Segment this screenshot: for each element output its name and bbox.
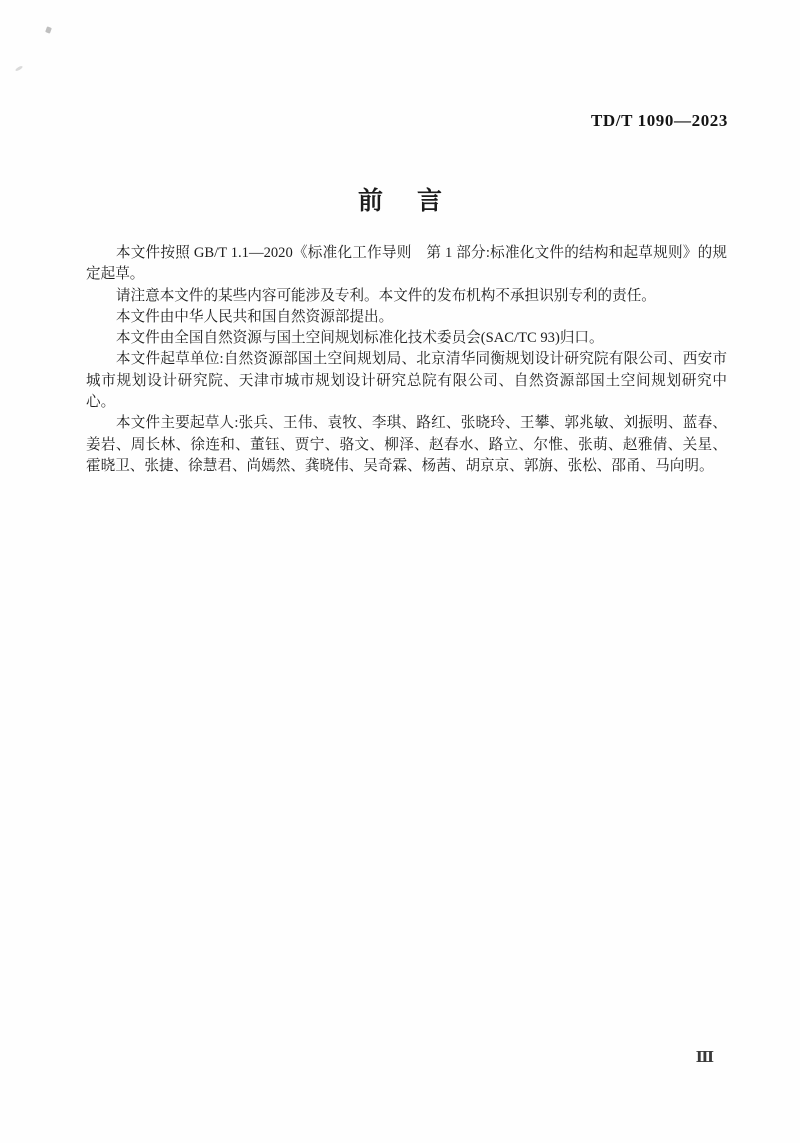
foreword-paragraph: 本文件按照 GB/T 1.1—2020《标准化工作导则 第 1 部分:标准化文件…	[86, 243, 727, 286]
document-page: TD/T 1090—2023 前 言 本文件按照 GB/T 1.1—2020《标…	[0, 0, 800, 1143]
scan-artifact	[15, 65, 23, 72]
foreword-paragraph: 请注意本文件的某些内容可能涉及专利。本文件的发布机构不承担识别专利的责任。	[86, 286, 727, 307]
foreword-title-char: 前	[358, 181, 383, 217]
standard-code: TD/T 1090—2023	[591, 111, 728, 131]
foreword-body: 本文件按照 GB/T 1.1—2020《标准化工作导则 第 1 部分:标准化文件…	[86, 243, 727, 477]
foreword-paragraph: 本文件由全国自然资源与国土空间规划标准化技术委员会(SAC/TC 93)归口。	[86, 328, 727, 349]
foreword-paragraph: 本文件主要起草人:张兵、王伟、袁牧、李琪、路红、张晓玲、王攀、郭兆敏、刘振明、蓝…	[86, 413, 727, 477]
foreword-title-char: 言	[417, 181, 442, 217]
scan-artifact	[45, 26, 52, 33]
foreword-paragraph: 本文件由中华人民共和国自然资源部提出。	[86, 307, 727, 328]
foreword-title: 前 言	[0, 181, 800, 217]
page-number: Ⅲ	[696, 1048, 714, 1067]
foreword-paragraph: 本文件起草单位:自然资源部国土空间规划局、北京清华同衡规划设计研究院有限公司、西…	[86, 349, 727, 413]
